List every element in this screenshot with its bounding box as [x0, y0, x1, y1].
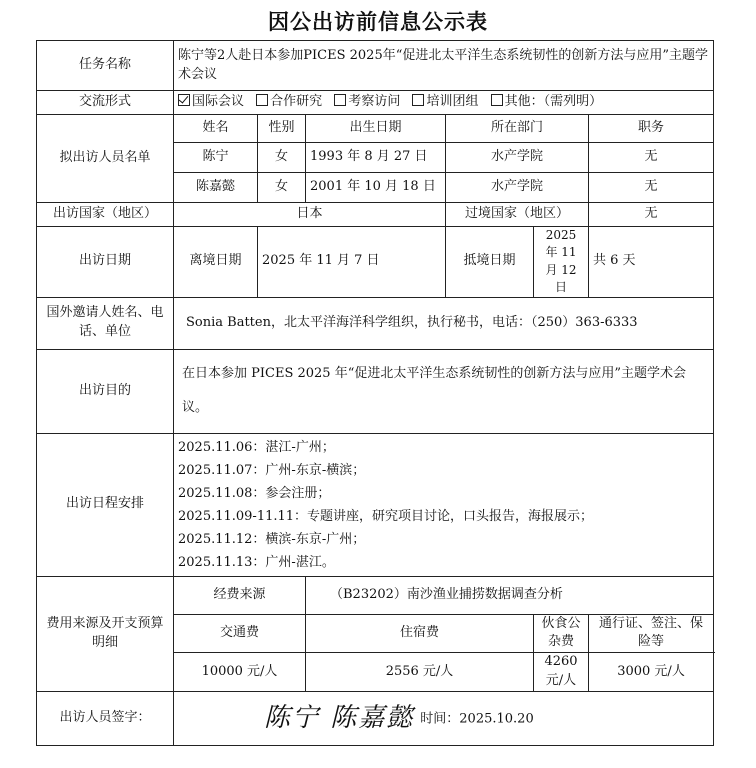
budget-label: 费用来源及开支预算明细: [37, 576, 174, 691]
col-header-gender: 性别: [258, 115, 306, 143]
purpose-label: 出访目的: [37, 349, 174, 433]
total-days: 共 6 天: [589, 227, 714, 298]
option-other[interactable]: 其他：（需列明）: [491, 94, 603, 109]
value-transport: 10000 元/人: [174, 653, 306, 692]
schedule-item: 2025.11.08：参会注册；: [178, 482, 709, 505]
signature-row: 出访人员签字： 陈宁 陈嘉懿时间：2025.10.20: [37, 691, 714, 745]
member-title: 无: [589, 143, 714, 173]
return-value: 2025 年 11 月 12 日: [534, 227, 589, 298]
dates-label: 出访日期: [37, 227, 174, 298]
schedule-item: 2025.11.13：广州-湛江。: [178, 551, 709, 574]
source-value: （B23202）南沙渔业捕捞数据调查分析: [306, 576, 714, 614]
transit-value: 无: [589, 203, 714, 227]
transit-label: 过境国家（地区）: [446, 203, 589, 227]
schedule-row: 出访日程安排 2025.11.06：湛江-广州； 2025.11.07：广州-东…: [37, 433, 714, 576]
schedule-item: 2025.11.12：横滨-东京-广州；: [178, 528, 709, 551]
time-value: 2025.10.20: [459, 711, 533, 726]
depart-value: 2025 年 11 月 7 日: [258, 227, 446, 298]
value-visa-insurance: 3000 元/人: [589, 653, 714, 692]
member-gender: 女: [258, 143, 306, 173]
col-header-dept: 所在部门: [446, 115, 589, 143]
member-dept: 水产学院: [446, 173, 589, 203]
checkbox-icon[interactable]: [412, 94, 424, 106]
col-header-birth: 出生日期: [306, 115, 446, 143]
member-birth: 1993 年 8 月 27 日: [306, 143, 446, 173]
exchange-row: 交流形式 国际会议 合作研究 考察访问 培训团组 其他：（需列明）: [37, 91, 714, 115]
members-header-row: 拟出访人员名单 姓名 性别 出生日期 所在部门 职务: [37, 115, 714, 143]
inviter-label: 国外邀请人姓名、电话、单位: [37, 297, 174, 349]
country-row: 出访国家（地区） 日本 过境国家（地区） 无: [37, 203, 714, 227]
option-cooperative-research[interactable]: 合作研究: [256, 94, 322, 109]
return-label: 抵境日期: [446, 227, 534, 298]
member-name: 陈嘉懿: [174, 173, 258, 203]
task-row: 任务名称 陈宁等2人赴日本参加PICES 2025年“促进北太平洋生态系统韧性的…: [37, 41, 714, 91]
member-gender: 女: [258, 173, 306, 203]
country-value: 日本: [174, 203, 446, 227]
schedule-item: 2025.11.09-11.11：专题讲座，研究项目讨论，口头报告，海报展示；: [178, 505, 709, 528]
source-label: 经费来源: [174, 576, 306, 614]
exchange-options: 国际会议 合作研究 考察访问 培训团组 其他：（需列明）: [174, 91, 714, 115]
checkbox-icon[interactable]: [334, 94, 346, 106]
depart-label: 离境日期: [174, 227, 258, 298]
header-transport: 交通费: [174, 614, 306, 653]
header-lodging: 住宿费: [306, 614, 534, 653]
checkbox-checked-icon[interactable]: [178, 94, 190, 106]
page-title: 因公出访前信息公示表: [0, 6, 756, 36]
dates-row: 出访日期 离境日期 2025 年 11 月 7 日 抵境日期 2025 年 11…: [37, 227, 714, 298]
inviter-row: 国外邀请人姓名、电话、单位 Sonia Batten，北太平洋海洋科学组织，执行…: [37, 297, 714, 349]
col-header-name: 姓名: [174, 115, 258, 143]
budget-source-row: 费用来源及开支预算明细 经费来源 （B23202）南沙渔业捕捞数据调查分析: [37, 576, 714, 614]
checkbox-icon[interactable]: [256, 94, 268, 106]
members-label: 拟出访人员名单: [37, 115, 174, 203]
option-inspection-visit[interactable]: 考察访问: [334, 94, 400, 109]
signature-area: 陈宁 陈嘉懿时间：2025.10.20: [174, 691, 714, 745]
task-value: 陈宁等2人赴日本参加PICES 2025年“促进北太平洋生态系统韧性的创新方法与…: [174, 41, 714, 91]
exchange-label: 交流形式: [37, 91, 174, 115]
value-lodging: 2556 元/人: [306, 653, 534, 692]
schedule-label: 出访日程安排: [37, 433, 174, 576]
member-title: 无: [589, 173, 714, 203]
handwritten-signature: 陈宁 陈嘉懿: [264, 703, 414, 733]
member-birth: 2001 年 10 月 18 日: [306, 173, 446, 203]
time-label: 时间：: [420, 711, 459, 726]
task-label: 任务名称: [37, 41, 174, 91]
country-label: 出访国家（地区）: [37, 203, 174, 227]
option-international-conference[interactable]: 国际会议: [178, 94, 244, 109]
checkbox-icon[interactable]: [491, 94, 503, 106]
schedule-item: 2025.11.07：广州-东京-横滨；: [178, 459, 709, 482]
info-table: 任务名称 陈宁等2人赴日本参加PICES 2025年“促进北太平洋生态系统韧性的…: [36, 40, 714, 746]
purpose-row: 出访目的 在日本参加 PICES 2025 年“促进北太平洋生态系统韧性的创新方…: [37, 349, 714, 433]
member-dept: 水产学院: [446, 143, 589, 173]
schedule-list: 2025.11.06：湛江-广州； 2025.11.07：广州-东京-横滨； 2…: [174, 433, 714, 576]
value-meals: 4260 元/人: [534, 653, 589, 692]
inviter-value: Sonia Batten，北太平洋海洋科学组织，执行秘书，电话：（250）363…: [174, 297, 714, 349]
option-training-group[interactable]: 培训团组: [412, 94, 478, 109]
purpose-value: 在日本参加 PICES 2025 年“促进北太平洋生态系统韧性的创新方法与应用”…: [174, 349, 714, 433]
header-visa-insurance: 通行证、签注、保险等: [589, 614, 714, 653]
signature-label: 出访人员签字：: [37, 691, 174, 745]
header-meals: 伙食公杂费: [534, 614, 589, 653]
member-name: 陈宁: [174, 143, 258, 173]
col-header-title: 职务: [589, 115, 714, 143]
schedule-item: 2025.11.06：湛江-广州；: [178, 436, 709, 459]
